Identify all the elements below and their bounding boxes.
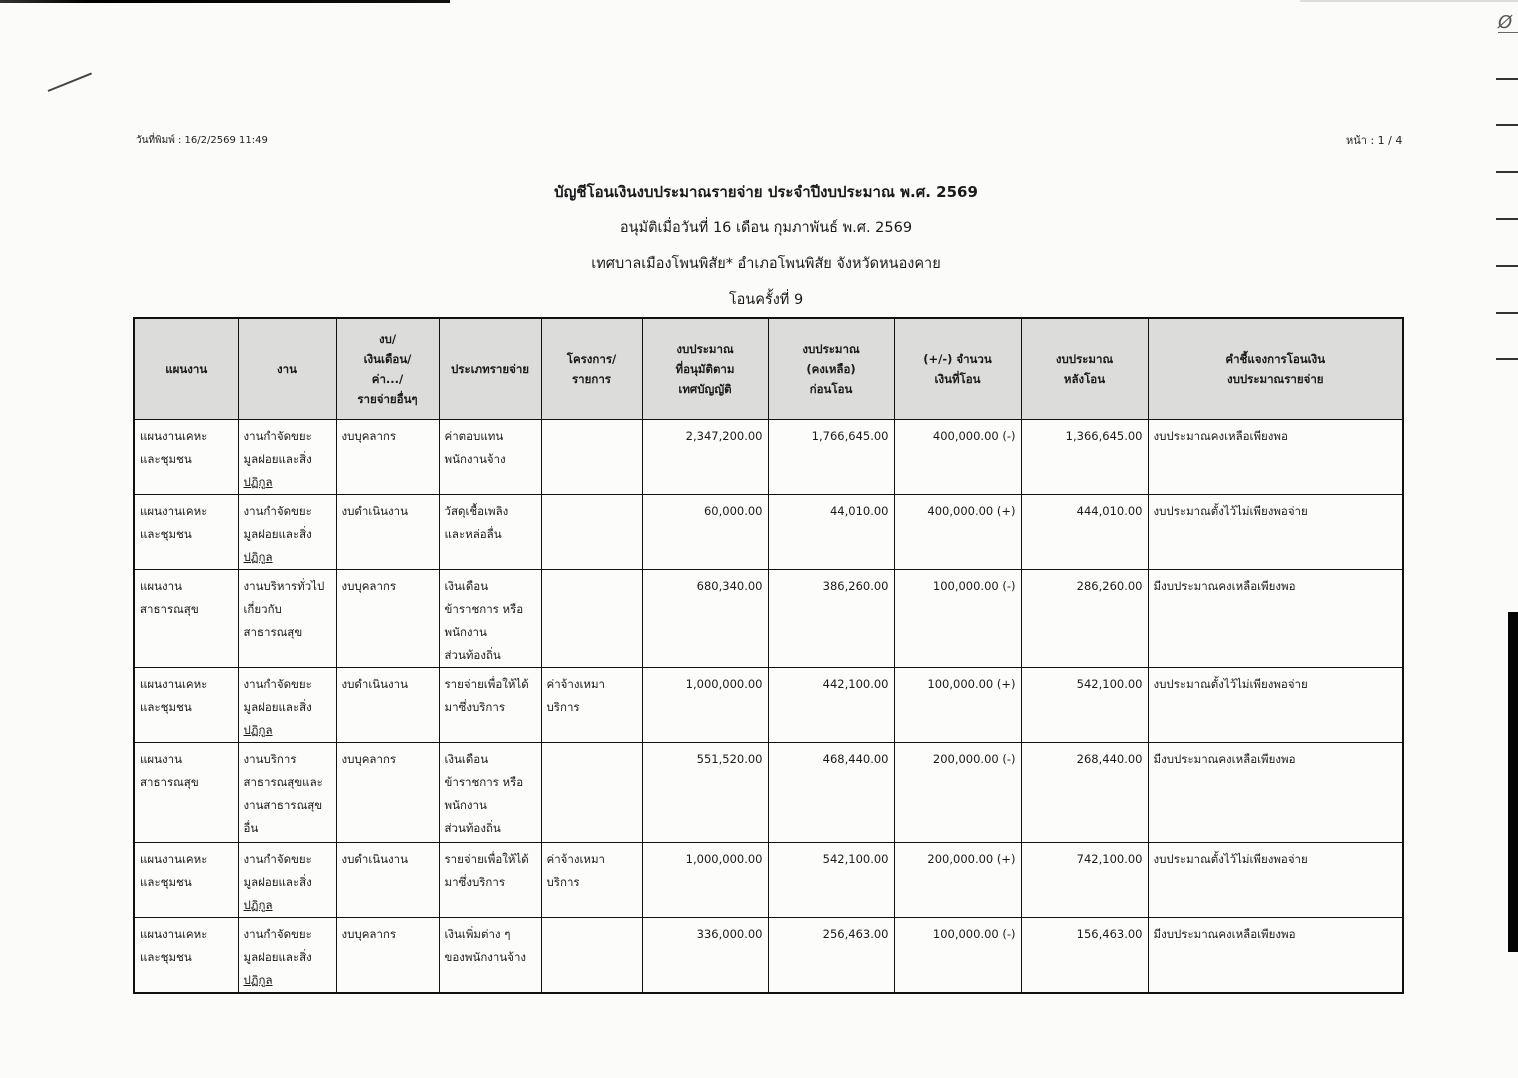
cell-after: 286,260.00 <box>1021 569 1148 667</box>
cell-project <box>541 419 642 494</box>
column-header-work: งาน <box>238 318 336 419</box>
cell-remaining-before: 44,010.00 <box>768 494 894 569</box>
cell-approved: 1,000,000.00 <box>642 667 768 742</box>
cell-note: มีงบประมาณคงเหลือเพียงพอ <box>1148 742 1403 842</box>
cell-transfer: 400,000.00 (-) <box>894 419 1021 494</box>
cell-remaining-before: 442,100.00 <box>768 667 894 742</box>
table-row: แผนงานเคหะและชุมชนงานกำจัดขยะมูลฝอยและสิ… <box>134 917 1403 993</box>
cell-note: งบประมาณตั้งไว้ไม่เพียงพอจ่าย <box>1148 842 1403 917</box>
cell-plan: แผนงานเคหะและชุมชน <box>134 842 238 917</box>
cell-budget-type: งบดำเนินงาน <box>336 494 439 569</box>
cell-work: งานกำจัดขยะมูลฝอยและสิ่งปฏิกูล <box>238 494 336 569</box>
column-header-after: งบประมาณหลังโอน <box>1021 318 1148 419</box>
cell-expense-type: ค่าตอบแทนพนักงานจ้าง <box>439 419 541 494</box>
cell-after: 156,463.00 <box>1021 917 1148 993</box>
cell-plan: แผนงานเคหะและชุมชน <box>134 667 238 742</box>
cell-budget-type: งบดำเนินงาน <box>336 842 439 917</box>
cell-work: งานกำจัดขยะมูลฝอยและสิ่งปฏิกูล <box>238 917 336 993</box>
cell-transfer: 100,000.00 (+) <box>894 667 1021 742</box>
cell-transfer: 100,000.00 (-) <box>894 917 1021 993</box>
cell-expense-type: รายจ่ายเพื่อให้ได้มาซึ่งบริการ <box>439 667 541 742</box>
cell-approved: 680,340.00 <box>642 569 768 667</box>
cell-remaining-before: 386,260.00 <box>768 569 894 667</box>
cell-remaining-before: 542,100.00 <box>768 842 894 917</box>
cell-budget-type: งบบุคลากร <box>336 419 439 494</box>
cell-budget-type: งบดำเนินงาน <box>336 667 439 742</box>
cell-expense-type: เงินเพิ่มต่าง ๆของพนักงานจ้าง <box>439 917 541 993</box>
cell-work: งานบริหารทั่วไปเกี่ยวกับสาธารณสุข <box>238 569 336 667</box>
cell-after: 742,100.00 <box>1021 842 1148 917</box>
cell-approved: 2,347,200.00 <box>642 419 768 494</box>
column-header-approved: งบประมาณที่อนุมัติตามเทศบัญญัติ <box>642 318 768 419</box>
cell-expense-type: วัสดุเชื้อเพลิงและหล่อลื่น <box>439 494 541 569</box>
cell-after: 268,440.00 <box>1021 742 1148 842</box>
column-header-expense-type: ประเภทรายจ่าย <box>439 318 541 419</box>
page-number: หน้า : 1 / 4 <box>1346 131 1402 149</box>
pen-mark <box>48 72 92 91</box>
print-date: วันที่พิมพ์ : 16/2/2569 11:49 <box>136 133 268 148</box>
approval-date: อนุมัติเมื่อวันที่ 16 เดือน กุมภาพันธ์ พ… <box>14 214 1518 250</box>
cell-approved: 1,000,000.00 <box>642 842 768 917</box>
cell-remaining-before: 1,766,645.00 <box>768 419 894 494</box>
organization: เทศบาลเมืองโพนพิสัย* อำเภอโพนพิสัย จังหว… <box>14 250 1518 286</box>
margin-tick-mark <box>1496 358 1518 360</box>
column-header-budget-type: งบ/เงินเดือน/ค่า.../รายจ่ายอื่นๆ <box>336 318 439 419</box>
cell-transfer: 200,000.00 (+) <box>894 842 1021 917</box>
cell-expense-type: รายจ่ายเพื่อให้ได้มาซึ่งบริการ <box>439 842 541 917</box>
cell-project <box>541 917 642 993</box>
table-row: แผนงานเคหะและชุมชนงานกำจัดขยะมูลฝอยและสิ… <box>134 842 1403 917</box>
cell-remaining-before: 256,463.00 <box>768 917 894 993</box>
column-header-project: โครงการ/รายการ <box>541 318 642 419</box>
table-row: แผนงานสาธารณสุขงานบริหารทั่วไปเกี่ยวกับส… <box>134 569 1403 667</box>
table-row: แผนงานเคหะและชุมชนงานกำจัดขยะมูลฝอยและสิ… <box>134 667 1403 742</box>
cell-remaining-before: 468,440.00 <box>768 742 894 842</box>
cell-project: ค่าจ้างเหมาบริการ <box>541 667 642 742</box>
cell-project <box>541 569 642 667</box>
cell-after: 542,100.00 <box>1021 667 1148 742</box>
cell-plan: แผนงานสาธารณสุข <box>134 742 238 842</box>
cell-note: มีงบประมาณคงเหลือเพียงพอ <box>1148 569 1403 667</box>
scan-edge-shadow <box>1508 612 1518 952</box>
table-row: แผนงานสาธารณสุขงานบริการสาธารณสุขและงานส… <box>134 742 1403 842</box>
scan-edge-shadow <box>1300 0 1518 2</box>
cell-work: งานกำจัดขยะมูลฝอยและสิ่งปฏิกูล <box>238 419 336 494</box>
cell-note: งบประมาณตั้งไว้ไม่เพียงพอจ่าย <box>1148 667 1403 742</box>
cell-note: งบประมาณตั้งไว้ไม่เพียงพอจ่าย <box>1148 494 1403 569</box>
cell-plan: แผนงานสาธารณสุข <box>134 569 238 667</box>
cell-project <box>541 494 642 569</box>
cell-note: มีงบประมาณคงเหลือเพียงพอ <box>1148 917 1403 993</box>
cell-expense-type: เงินเดือนข้าราชการ หรือพนักงานส่วนท้องถิ… <box>439 742 541 842</box>
cell-approved: 60,000.00 <box>642 494 768 569</box>
cell-transfer: 200,000.00 (-) <box>894 742 1021 842</box>
table-header-row: แผนงานงานงบ/เงินเดือน/ค่า.../รายจ่ายอื่น… <box>134 318 1403 419</box>
document-title: บัญชีโอนเงินงบประมาณรายจ่าย ประจำปีงบประ… <box>14 178 1518 214</box>
budget-transfer-table: แผนงานงานงบ/เงินเดือน/ค่า.../รายจ่ายอื่น… <box>133 317 1404 994</box>
column-header-transfer: (+/-) จำนวนเงินที่โอน <box>894 318 1021 419</box>
cell-plan: แผนงานเคหะและชุมชน <box>134 494 238 569</box>
cell-after: 1,366,645.00 <box>1021 419 1148 494</box>
scan-edge-shadow <box>0 0 450 3</box>
margin-tick-mark <box>1496 124 1518 126</box>
cell-approved: 336,000.00 <box>642 917 768 993</box>
column-header-remaining-before: งบประมาณ(คงเหลือ)ก่อนโอน <box>768 318 894 419</box>
cell-project <box>541 742 642 842</box>
margin-tick-mark <box>1496 78 1518 80</box>
cell-work: งานกำจัดขยะมูลฝอยและสิ่งปฏิกูล <box>238 667 336 742</box>
cell-budget-type: งบบุคลากร <box>336 569 439 667</box>
cell-note: งบประมาณคงเหลือเพียงพอ <box>1148 419 1403 494</box>
cell-transfer: 100,000.00 (-) <box>894 569 1021 667</box>
cell-plan: แผนงานเคหะและชุมชน <box>134 419 238 494</box>
cell-after: 444,010.00 <box>1021 494 1148 569</box>
cell-approved: 551,520.00 <box>642 742 768 842</box>
cell-plan: แผนงานเคหะและชุมชน <box>134 917 238 993</box>
cell-project: ค่าจ้างเหมาบริการ <box>541 842 642 917</box>
cell-transfer: 400,000.00 (+) <box>894 494 1021 569</box>
table-row: แผนงานเคหะและชุมชนงานกำจัดขยะมูลฝอยและสิ… <box>134 494 1403 569</box>
column-header-note: คำชี้แจงการโอนเงินงบประมาณรายจ่าย <box>1148 318 1403 419</box>
handwritten-corner-mark: Ø <box>1498 14 1518 33</box>
cell-budget-type: งบบุคลากร <box>336 742 439 842</box>
cell-budget-type: งบบุคลากร <box>336 917 439 993</box>
document-titles: บัญชีโอนเงินงบประมาณรายจ่าย ประจำปีงบประ… <box>0 178 1518 322</box>
table-row: แผนงานเคหะและชุมชนงานกำจัดขยะมูลฝอยและสิ… <box>134 419 1403 494</box>
cell-expense-type: เงินเดือนข้าราชการ หรือพนักงานส่วนท้องถิ… <box>439 569 541 667</box>
cell-work: งานกำจัดขยะมูลฝอยและสิ่งปฏิกูล <box>238 842 336 917</box>
margin-tick-mark <box>1496 171 1518 173</box>
cell-work: งานบริการสาธารณสุขและงานสาธารณสุขอื่น <box>238 742 336 842</box>
column-header-plan: แผนงาน <box>134 318 238 419</box>
